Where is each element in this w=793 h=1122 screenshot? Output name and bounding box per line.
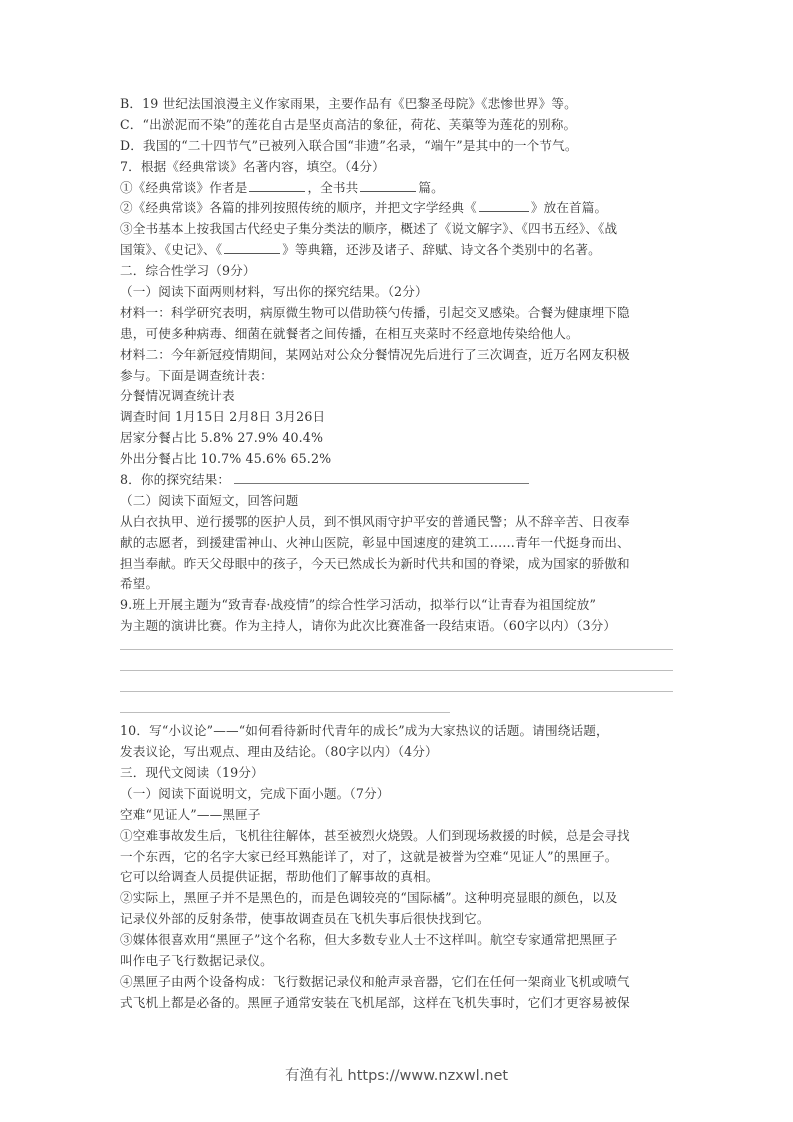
table-cell: 65.2% [290, 451, 331, 466]
material-1-line-2: 患，可使多种病毒、细菌在就餐者之间传播，在相互夹菜时不经意地传染给他人。 [120, 324, 676, 345]
q7-item-2-text: ②《经典常谈》各篇的排列按照传统的顺序，并把文字学经典《 [120, 200, 477, 215]
article-line: 叫作电子飞行数据记录仪。 [120, 951, 676, 972]
q7-first-book-blank[interactable] [479, 198, 529, 212]
q6-option-c: C．“出淤泥而不染”的莲花自古是坚贞高洁的象征，荷花、芙蕖等为莲花的别称。 [120, 115, 676, 136]
material-1-line-1: 材料一：科学研究表明，病原微生物可以借助筷勺传播，引起交叉感染。合餐为健康埋下隐 [120, 303, 676, 324]
q7-item-1: ①《经典常谈》作者是，全书共篇。 [120, 178, 676, 199]
material-2-line-2: 参与。下面是调查统计表： [120, 366, 676, 387]
table-cell: 27.9% [237, 430, 278, 445]
q7-item-2-text-end: 》放在首篇。 [531, 200, 607, 215]
q7-item-3-text-end: 》等典籍，还涉及诸子、辞赋、诗文各个类别中的名著。 [282, 242, 601, 257]
table-title: 分餐情况调查统计表 [120, 386, 676, 407]
q9-line-1: 9.班上开展主题为“致青春·战疫情”的综合性学习活动，拟举行以“让青春为祖国绽放… [120, 595, 676, 616]
table-cell: 10.7% [201, 451, 242, 466]
table-row-label: 居家分餐占比 [120, 430, 196, 445]
q7-count-blank[interactable] [360, 178, 416, 192]
table-row: 居家分餐占比 5.8% 27.9% 40.4% [120, 428, 676, 449]
q10-line-2: 发表议论，写出观点、理由及结论。（80字以内）（4分） [120, 742, 676, 763]
section-2-part-1-title: （一）阅读下面两则材料，写出你的探究结果。（2分） [120, 282, 676, 303]
table-header-cell: 1月15日 [175, 409, 225, 424]
q7-classic-blank[interactable] [224, 240, 280, 254]
q6-option-d: D．我国的“二十四节气”已被列入联合国“非遗”名录，“端午”是其中的一个节气。 [120, 136, 676, 157]
article-line: ②实际上，黑匣子并不是黑色的，而是色调较亮的“国际橘”。这种明亮显眼的颜色，以及 [120, 888, 676, 909]
q7-item-3-line-1: ③全书基本上按我国古代经史子集分类法的顺序，概述了《说文解字》、《四书五经》、《… [120, 219, 676, 240]
q7-item-1-text: ①《经典常谈》作者是 [120, 180, 247, 195]
q7-item-3-line-2: 国策》、《史记》、《》等典籍，还涉及诸子、辞赋、诗文各个类别中的名著。 [120, 240, 676, 261]
table-row: 外出分餐占比 10.7% 45.6% 65.2% [120, 449, 676, 470]
exam-page: B．19 世纪法国浪漫主义作家雨果，主要作品有《巴黎圣母院》《悲惨世界》等。 C… [120, 94, 676, 1014]
q10-line-1: 10．写“小议论”——“如何看待新时代青年的成长”成为大家热议的话题。请围绕话题… [120, 721, 676, 742]
table-cell: 45.6% [246, 451, 287, 466]
table-header-cell: 3月26日 [275, 409, 325, 424]
q7-item-1-text-end: 篇。 [418, 180, 444, 195]
answer-line[interactable] [120, 712, 450, 713]
table-header-row: 调查时间 1月15日 2月8日 3月26日 [120, 407, 676, 428]
q7-item-2: ②《经典常谈》各篇的排列按照传统的顺序，并把文字学经典《》放在首篇。 [120, 198, 676, 219]
article-line: 一个东西，它的名字大家已经耳熟能详了，对了，这就是被誉为空难“见证人”的黑匣子。 [120, 847, 676, 868]
article-line: ①空难事故发生后，飞机往往解体，甚至被烈火烧毁。人们到现场救援的时候，总是会寻找 [120, 826, 676, 847]
q7-title: 7．根据《经典常谈》名著内容，填空。（4分） [120, 157, 676, 178]
section-2-title: 二．综合性学习（9分） [120, 261, 676, 282]
q8-line: 8．你的探究结果： [120, 470, 676, 491]
section-3-title: 三．现代文阅读（19分） [120, 763, 676, 784]
q7-item-1-text-mid: ，全书共 [307, 180, 358, 195]
article-line: 记录仪外部的反射条带，使事故调查员在飞机失事后很快找到它。 [120, 909, 676, 930]
table-header-label: 调查时间 [120, 409, 171, 424]
article-line: 式飞机上都是必备的。黑匣子通常安装在飞机尾部，这样在飞机失事时，它们才更容易被保 [120, 993, 676, 1014]
passage-line: 献的志愿者，到援建雷神山、火神山医院，彰显中国速度的建筑工……青年一代挺身而出、 [120, 533, 676, 554]
q6-option-b: B．19 世纪法国浪漫主义作家雨果，主要作品有《巴黎圣母院》《悲惨世界》等。 [120, 94, 676, 115]
passage-line: 担当奉献。昨天父母眼中的孩子，今天已然成长为新时代共和国的脊梁，成为国家的骄傲和 [120, 554, 676, 575]
table-cell: 5.8% [201, 430, 234, 445]
q9-line-2: 为主题的演讲比赛。作为主持人，请你为此次比赛准备一段结束语。（60字以内）（3分… [120, 616, 676, 637]
q8-answer-blank[interactable] [234, 470, 529, 484]
answer-line[interactable] [120, 691, 673, 692]
article-title: 空难“见证人”——黑匣子 [120, 805, 676, 826]
material-2-line-1: 材料二：今年新冠疫情期间，某网站对公众分餐情况先后进行了三次调查，近万名网友积极 [120, 345, 676, 366]
watermark-footer: 有渔有礼 https://www.nzxwl.net [0, 1064, 793, 1085]
table-cell: 40.4% [282, 430, 323, 445]
passage-line: 从白衣执甲、逆行援鄂的医护人员，到不惧风雨守护平安的普通民警；从不辞辛苦、日夜奉 [120, 512, 676, 533]
section-3-part-1-title: （一）阅读下面说明文，完成下面小题。（7分） [120, 784, 676, 805]
section-2-part-2-title: （二）阅读下面短文，回答问题 [120, 491, 676, 512]
table-header-cell: 2月8日 [229, 409, 271, 424]
answer-line[interactable] [120, 670, 673, 671]
q7-item-3-text: 国策》、《史记》、《 [120, 242, 222, 257]
article-line: ④黑匣子由两个设备构成：飞行数据记录仪和舱声录音器，它们在任何一架商业飞机或喷气 [120, 972, 676, 993]
article-line: 它可以给调查人员提供证据，帮助他们了解事故的真相。 [120, 867, 676, 888]
q7-author-blank[interactable] [249, 178, 305, 192]
q8-label: 8．你的探究结果： [120, 472, 230, 487]
article-line: ③媒体很喜欢用“黑匣子”这个名称，但大多数专业人士不这样叫。航空专家通常把黑匣子 [120, 930, 676, 951]
q9-answer-area[interactable] [120, 637, 676, 721]
table-row-label: 外出分餐占比 [120, 451, 196, 466]
passage-line: 希望。 [120, 574, 676, 595]
answer-line[interactable] [120, 649, 673, 650]
